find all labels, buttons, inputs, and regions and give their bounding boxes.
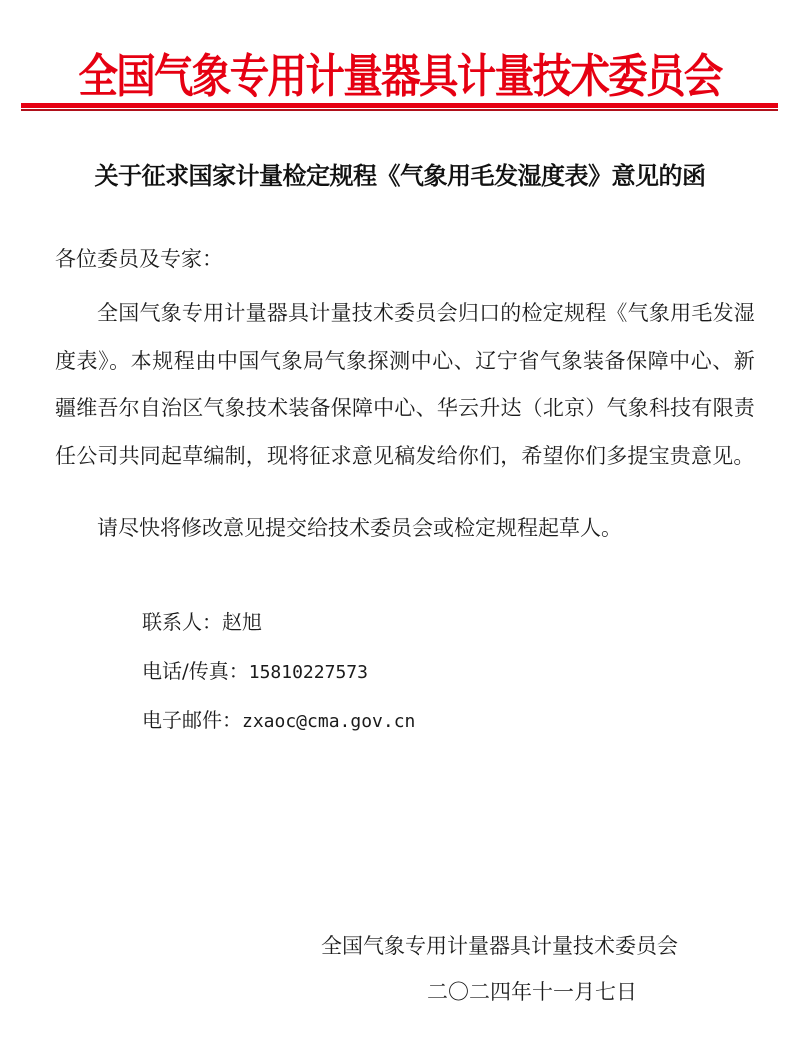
contact-phone-number: 15810227573 [249, 662, 368, 683]
header-rule-thick [21, 103, 778, 108]
signature-date: 二〇二四年十一月七日 [427, 976, 637, 1006]
contact-phone-label: 电话/传真： [142, 659, 249, 683]
contact-email-label: 电子邮件： [142, 708, 242, 732]
header-rule-thin [21, 109, 778, 111]
body-paragraph-1: 全国气象专用计量器具计量技术委员会归口的检定规程《气象用毛发湿度表》。本规程由中… [55, 290, 755, 480]
contact-person-label: 联系人： [142, 610, 222, 634]
signature-organization: 全国气象专用计量器具计量技术委员会 [321, 930, 678, 960]
salutation: 各位委员及专家： [55, 243, 223, 273]
contact-email-address: zxaoc@cma.gov.cn [242, 711, 415, 732]
document-title: 关于征求国家计量检定规程《气象用毛发湿度表》意见的函 [0, 156, 800, 191]
contact-person: 联系人：赵旭 [142, 606, 262, 635]
organization-header: 全国气象专用计量器具计量技术委员会 [56, 40, 744, 106]
body-paragraph-2: 请尽快将修改意见提交给技术委员会或检定规程起草人。 [97, 512, 622, 542]
contact-person-name: 赵旭 [222, 610, 262, 634]
contact-email: 电子邮件：zxaoc@cma.gov.cn [142, 704, 415, 733]
contact-phone: 电话/传真：15810227573 [142, 655, 368, 684]
